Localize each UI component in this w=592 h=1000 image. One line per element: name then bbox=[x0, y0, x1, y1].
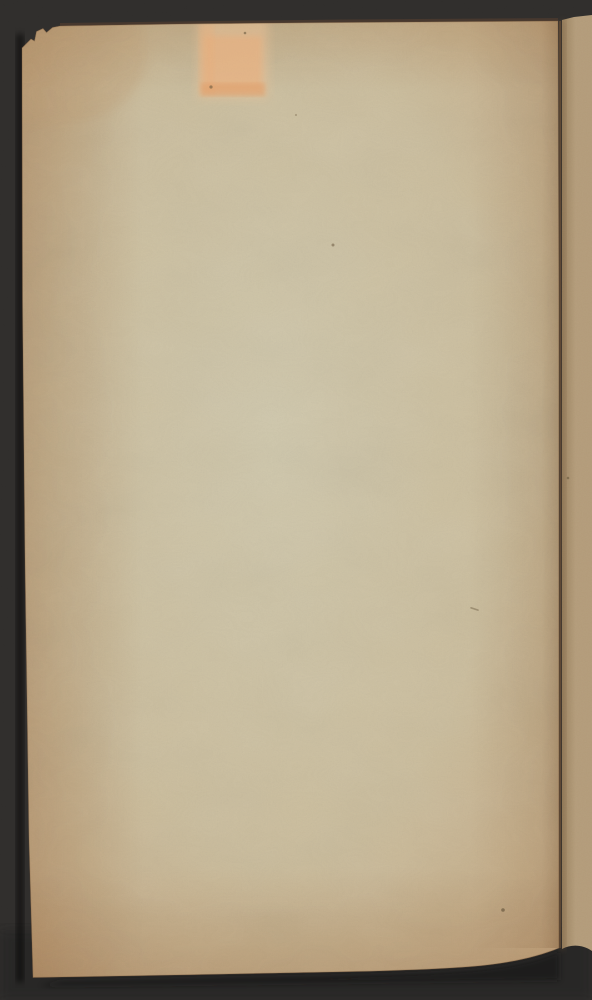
book-scan bbox=[0, 0, 592, 1000]
scan-svg bbox=[0, 0, 592, 1000]
scan-grain bbox=[0, 0, 592, 1000]
